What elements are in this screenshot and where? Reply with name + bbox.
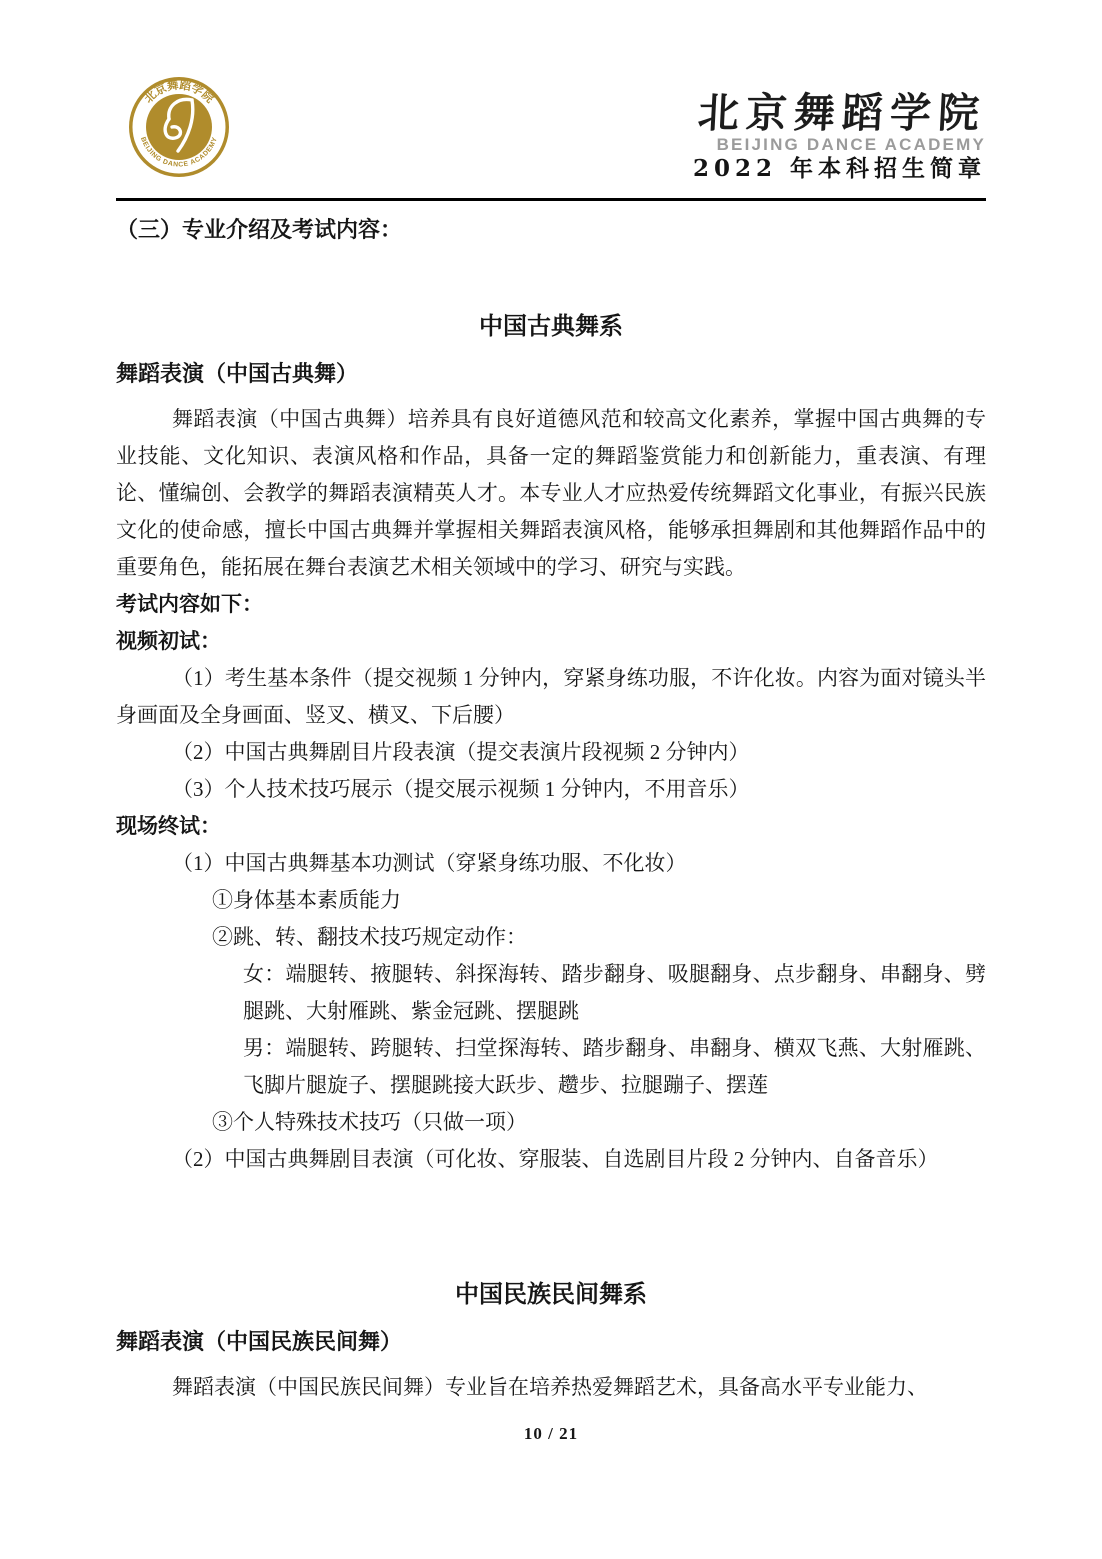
onsite-sub-item-2: ②跳、转、翻技术技巧规定动作： bbox=[116, 919, 986, 956]
intro-paragraph-classical: 舞蹈表演（中国古典舞）培养具有良好道德风范和较高文化素养，掌握中国古典舞的专业技… bbox=[116, 401, 986, 586]
video-round-item-2: （2）中国古典舞剧目片段表演（提交表演片段视频 2 分钟内） bbox=[116, 734, 986, 771]
document-page: 北京舞蹈学院 BEIJING DANCE ACADEMY 北京舞蹈学院 BEIJ… bbox=[0, 0, 1102, 1559]
brand-title-en: BEIJING DANCE ACADEMY bbox=[717, 136, 986, 154]
video-round-item-3: （3）个人技术技巧展示（提交展示视频 1 分钟内，不用音乐） bbox=[116, 771, 986, 808]
academy-logo: 北京舞蹈学院 BEIJING DANCE ACADEMY bbox=[128, 76, 230, 178]
dept-title-classical: 中国古典舞系 bbox=[116, 306, 986, 341]
page-header: 北京舞蹈学院 BEIJING DANCE ACADEMY 北京舞蹈学院 BEIJ… bbox=[116, 0, 986, 198]
brand-title-cn: 北京舞蹈学院 bbox=[697, 92, 987, 135]
intro-paragraph-folk: 舞蹈表演（中国民族民间舞）专业旨在培养热爱舞蹈艺术，具备高水平专业能力、 bbox=[116, 1369, 986, 1406]
video-round-item-1: （1）考生基本条件（提交视频 1 分钟内，穿紧身练功服，不许化妆。内容为面对镜头… bbox=[116, 660, 986, 734]
female-moves-list: 女：端腿转、掖腿转、斜探海转、踏步翻身、吸腿翻身、点步翻身、串翻身、劈腿跳、大射… bbox=[116, 956, 986, 1030]
onsite-sub-item-1: ①身体基本素质能力 bbox=[116, 882, 986, 919]
onsite-sub-item-3: ③个人特殊技术技巧（只做一项） bbox=[116, 1104, 986, 1141]
exam-content-label: 考试内容如下： bbox=[116, 586, 986, 623]
page-number: 10 / 21 bbox=[0, 1424, 1102, 1444]
dept-title-folk: 中国民族民间舞系 bbox=[116, 1274, 986, 1309]
section-heading: （三）专业介绍及考试内容： bbox=[116, 213, 986, 244]
brand-subtitle: 2022 年本科招生简章 bbox=[693, 156, 986, 182]
brand-block: 北京舞蹈学院 BEIJING DANCE ACADEMY 2022 年本科招生简… bbox=[693, 92, 986, 182]
major-title-folk: 舞蹈表演（中国民族民间舞） bbox=[116, 1325, 986, 1356]
onsite-item-2: （2）中国古典舞剧目表演（可化妆、穿服装、自选剧目片段 2 分钟内、自备音乐） bbox=[116, 1141, 986, 1178]
major-title-classical: 舞蹈表演（中国古典舞） bbox=[116, 357, 986, 388]
academy-seal-icon: 北京舞蹈学院 BEIJING DANCE ACADEMY bbox=[128, 76, 230, 178]
male-moves-list: 男：端腿转、跨腿转、扫堂探海转、踏步翻身、串翻身、横双飞燕、大射雁跳、飞脚片腿旋… bbox=[116, 1030, 986, 1104]
onsite-round-label: 现场终试： bbox=[116, 808, 986, 845]
video-round-label: 视频初试： bbox=[116, 623, 986, 660]
header-rule bbox=[116, 198, 986, 201]
onsite-item-1: （1）中国古典舞基本功测试（穿紧身练功服、不化妆） bbox=[116, 845, 986, 882]
